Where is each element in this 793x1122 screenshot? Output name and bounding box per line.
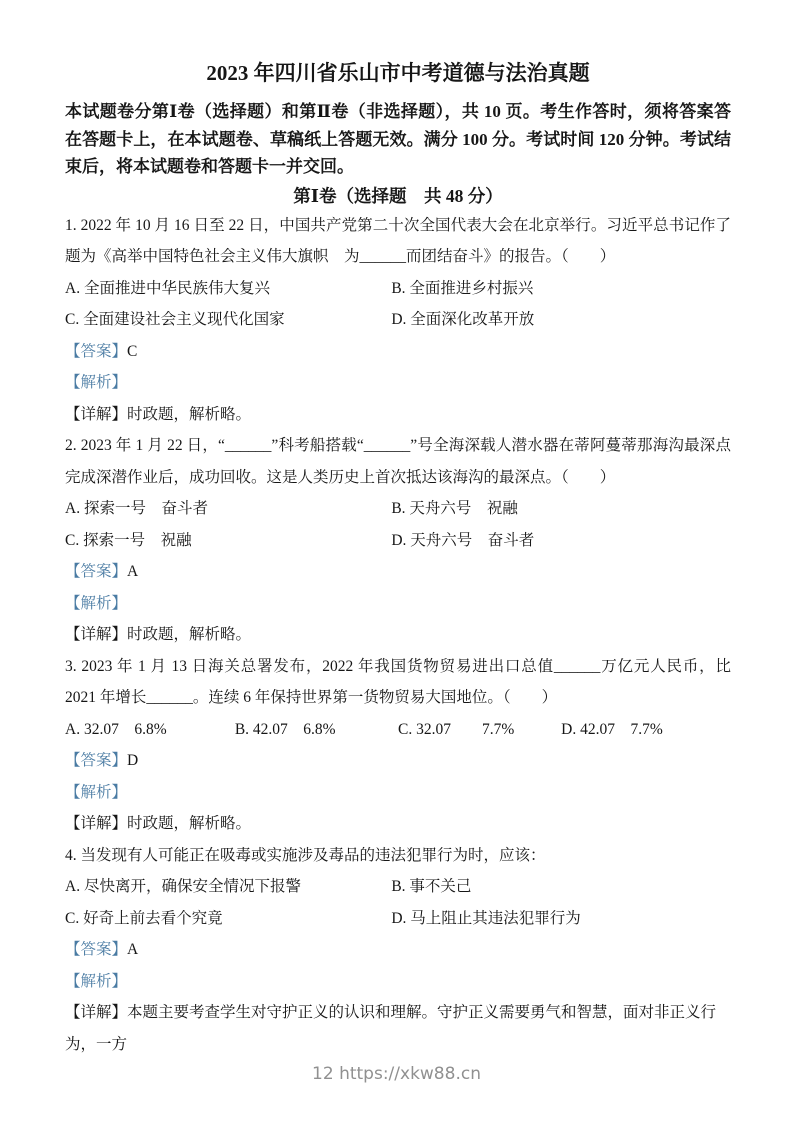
question-1-analysis-line: 【解析】 <box>65 367 731 399</box>
question-4-option-a: A. 尽快离开，确保安全情况下报警 <box>65 871 391 903</box>
analysis-label: 【解析】 <box>65 973 127 990</box>
detail-text: 时政题，解析略。 <box>127 815 251 832</box>
question-3: 3. 2023 年 1 月 13 日海关总署发布，2022 年我国货物贸易进出口… <box>65 651 731 840</box>
question-1-stem: 1. 2022 年 10 月 16 日至 22 日，中国共产党第二十次全国代表大… <box>65 210 731 273</box>
question-2-answer-line: 【答案】A <box>65 556 731 588</box>
page-footer: 12 https://xkw88.cn <box>0 1064 793 1084</box>
analysis-label: 【解析】 <box>65 374 127 391</box>
question-3-stem: 3. 2023 年 1 月 13 日海关总署发布，2022 年我国货物贸易进出口… <box>65 651 731 714</box>
answer-label: 【答案】 <box>65 343 127 360</box>
exam-paper-page: 2023 年四川省乐山市中考道德与法治真题 本试题卷分第Ⅰ卷（选择题）和第Ⅱ卷（… <box>0 0 793 1122</box>
exam-instructions: 本试题卷分第Ⅰ卷（选择题）和第Ⅱ卷（非选择题），共 10 页。考生作答时，须将答… <box>65 98 731 181</box>
question-2-option-b: B. 天舟六号 祝融 <box>391 493 731 525</box>
detail-label: 【详解】 <box>65 1004 127 1021</box>
question-3-analysis-line: 【解析】 <box>65 777 731 809</box>
analysis-label: 【解析】 <box>65 784 127 801</box>
analysis-label: 【解析】 <box>65 595 127 612</box>
question-1: 1. 2022 年 10 月 16 日至 22 日，中国共产党第二十次全国代表大… <box>65 210 731 431</box>
question-3-answer-line: 【答案】D <box>65 745 731 777</box>
question-1-answer-line: 【答案】C <box>65 336 731 368</box>
detail-text: 时政题，解析略。 <box>127 406 251 423</box>
question-4-analysis-line: 【解析】 <box>65 966 731 998</box>
question-1-option-b: B. 全面推进乡村振兴 <box>391 273 731 305</box>
detail-label: 【详解】 <box>65 626 127 643</box>
question-4-option-b: B. 事不关己 <box>391 871 731 903</box>
question-3-options: A. 32.07 6.8% B. 42.07 6.8% C. 32.07 7.7… <box>65 714 731 746</box>
question-3-detail-line: 【详解】时政题，解析略。 <box>65 808 731 840</box>
question-4-answer-line: 【答案】A <box>65 934 731 966</box>
page-number-and-url: 12 https://xkw88.cn <box>312 1064 481 1084</box>
question-3-option-c: C. 32.07 7.7% <box>398 714 561 746</box>
page-title: 2023 年四川省乐山市中考道德与法治真题 <box>65 58 731 88</box>
question-3-option-b: B. 42.07 6.8% <box>235 714 398 746</box>
question-4-option-c: C. 好奇上前去看个究竟 <box>65 903 391 935</box>
detail-text: 本题主要考查学生对守护正义的认识和理解。守护正义需要勇气和智慧，面对非正义行为，… <box>65 1004 716 1053</box>
section-heading: 第Ⅰ卷（选择题 共 48 分） <box>65 183 731 210</box>
detail-label: 【详解】 <box>65 406 127 423</box>
question-1-option-d: D. 全面深化改革开放 <box>391 304 731 336</box>
question-2-analysis-line: 【解析】 <box>65 588 731 620</box>
question-1-option-c: C. 全面建设社会主义现代化国家 <box>65 304 391 336</box>
question-2-stem: 2. 2023 年 1 月 22 日，“______”科考船搭载“______”… <box>65 430 731 493</box>
question-4-detail-line: 【详解】本题主要考查学生对守护正义的认识和理解。守护正义需要勇气和智慧，面对非正… <box>65 997 731 1060</box>
question-2-options: A. 探索一号 奋斗者 B. 天舟六号 祝融 C. 探索一号 祝融 D. 天舟六… <box>65 493 731 556</box>
question-2-option-c: C. 探索一号 祝融 <box>65 525 391 557</box>
question-3-option-d: D. 42.07 7.7% <box>561 714 731 746</box>
answer-value: A <box>127 563 138 580</box>
question-1-options: A. 全面推进中华民族伟大复兴 B. 全面推进乡村振兴 C. 全面建设社会主义现… <box>65 273 731 336</box>
question-4-stem: 4. 当发现有人可能正在吸毒或实施涉及毒品的违法犯罪行为时，应该： <box>65 840 731 872</box>
question-4-option-d: D. 马上阻止其违法犯罪行为 <box>391 903 731 935</box>
answer-label: 【答案】 <box>65 563 127 580</box>
answer-label: 【答案】 <box>65 941 127 958</box>
question-2-detail-line: 【详解】时政题，解析略。 <box>65 619 731 651</box>
question-2-option-d: D. 天舟六号 奋斗者 <box>391 525 731 557</box>
question-1-option-a: A. 全面推进中华民族伟大复兴 <box>65 273 391 305</box>
question-2-option-a: A. 探索一号 奋斗者 <box>65 493 391 525</box>
question-3-option-a: A. 32.07 6.8% <box>65 714 235 746</box>
detail-label: 【详解】 <box>65 815 127 832</box>
question-4-options: A. 尽快离开，确保安全情况下报警 B. 事不关己 C. 好奇上前去看个究竟 D… <box>65 871 731 934</box>
detail-text: 时政题，解析略。 <box>127 626 251 643</box>
question-4: 4. 当发现有人可能正在吸毒或实施涉及毒品的违法犯罪行为时，应该： A. 尽快离… <box>65 840 731 1061</box>
question-1-detail-line: 【详解】时政题，解析略。 <box>65 399 731 431</box>
answer-value: A <box>127 941 138 958</box>
answer-value: C <box>127 343 137 360</box>
question-2: 2. 2023 年 1 月 22 日，“______”科考船搭载“______”… <box>65 430 731 651</box>
answer-value: D <box>127 752 138 769</box>
answer-label: 【答案】 <box>65 752 127 769</box>
